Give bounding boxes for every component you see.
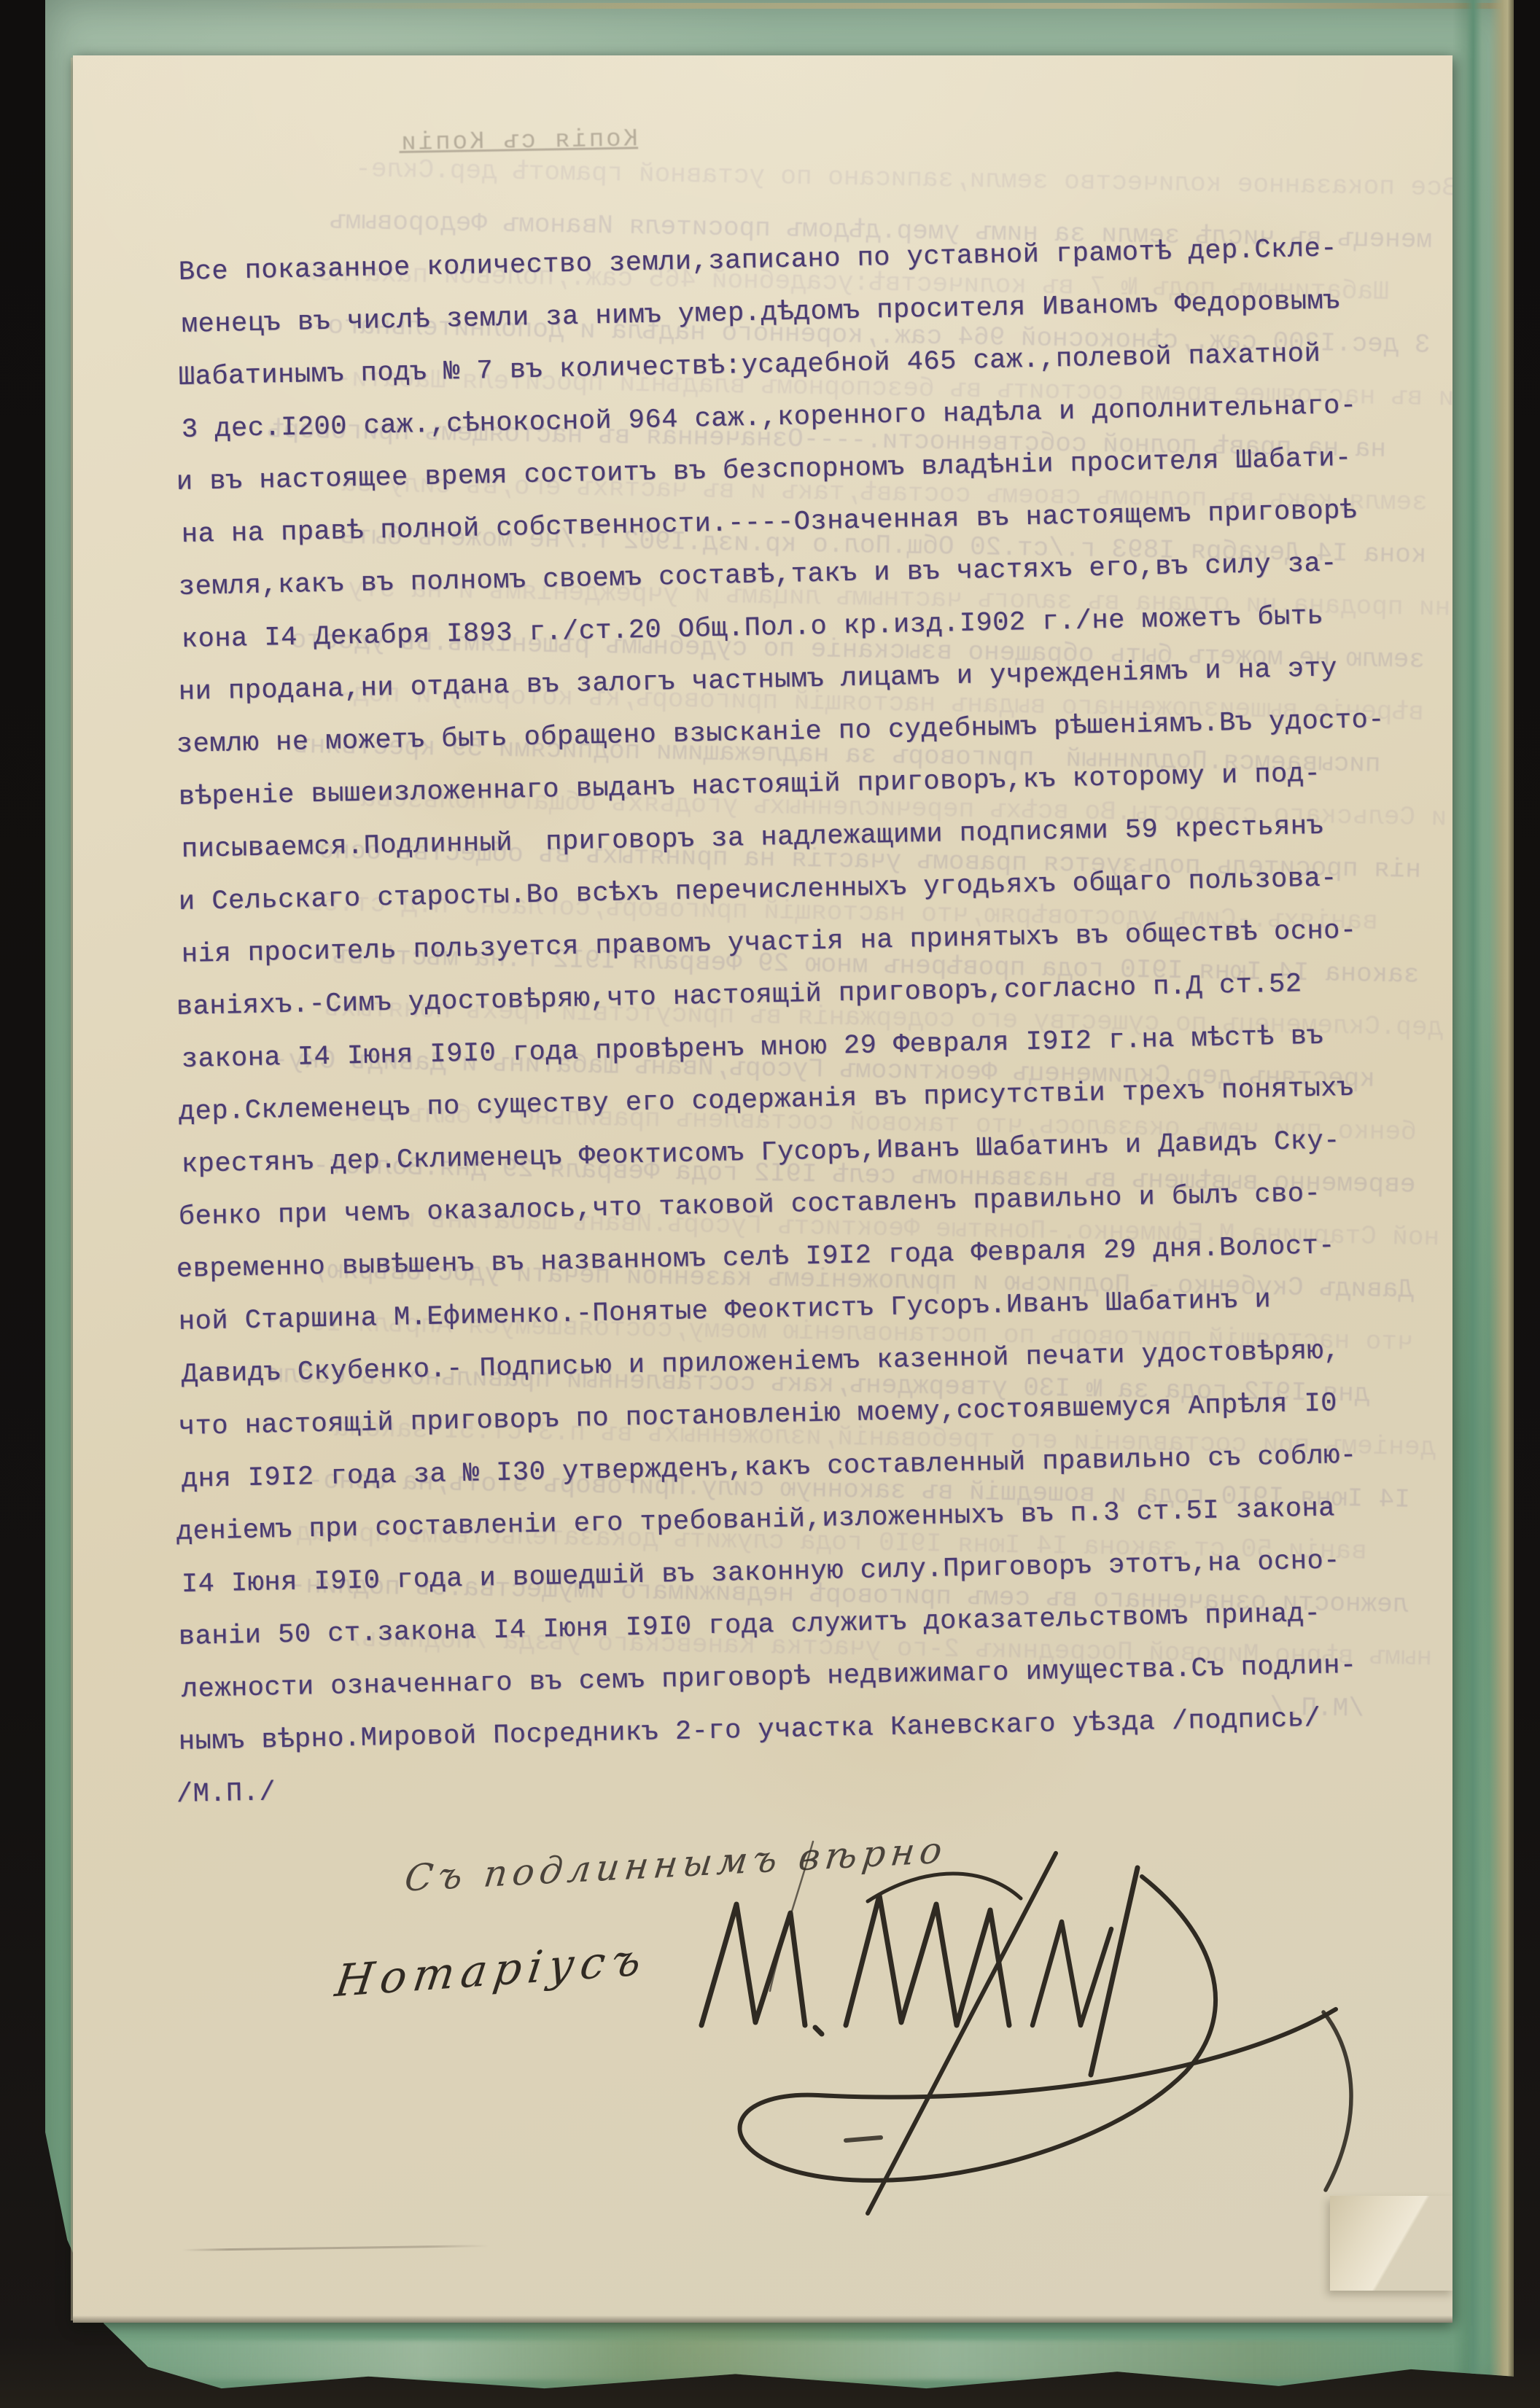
bleedthrough-header: Копія съ Копіи <box>332 125 639 158</box>
photo-backdrop: Все показанное количество земли,записано… <box>0 0 1540 2408</box>
folder-bottom-worn-edge <box>89 2340 1469 2380</box>
document-page: Все показанное количество земли,записано… <box>73 55 1452 2323</box>
notary-signature-icon <box>627 1834 1400 2272</box>
folder-right-edge <box>1452 0 1514 2396</box>
typed-text-block: Все показанное количество земли,записано… <box>179 246 1433 1821</box>
folder-top-edge <box>251 3 1514 9</box>
paper-bottom-shadow <box>73 2315 1452 2323</box>
folded-corner <box>1330 2196 1452 2291</box>
